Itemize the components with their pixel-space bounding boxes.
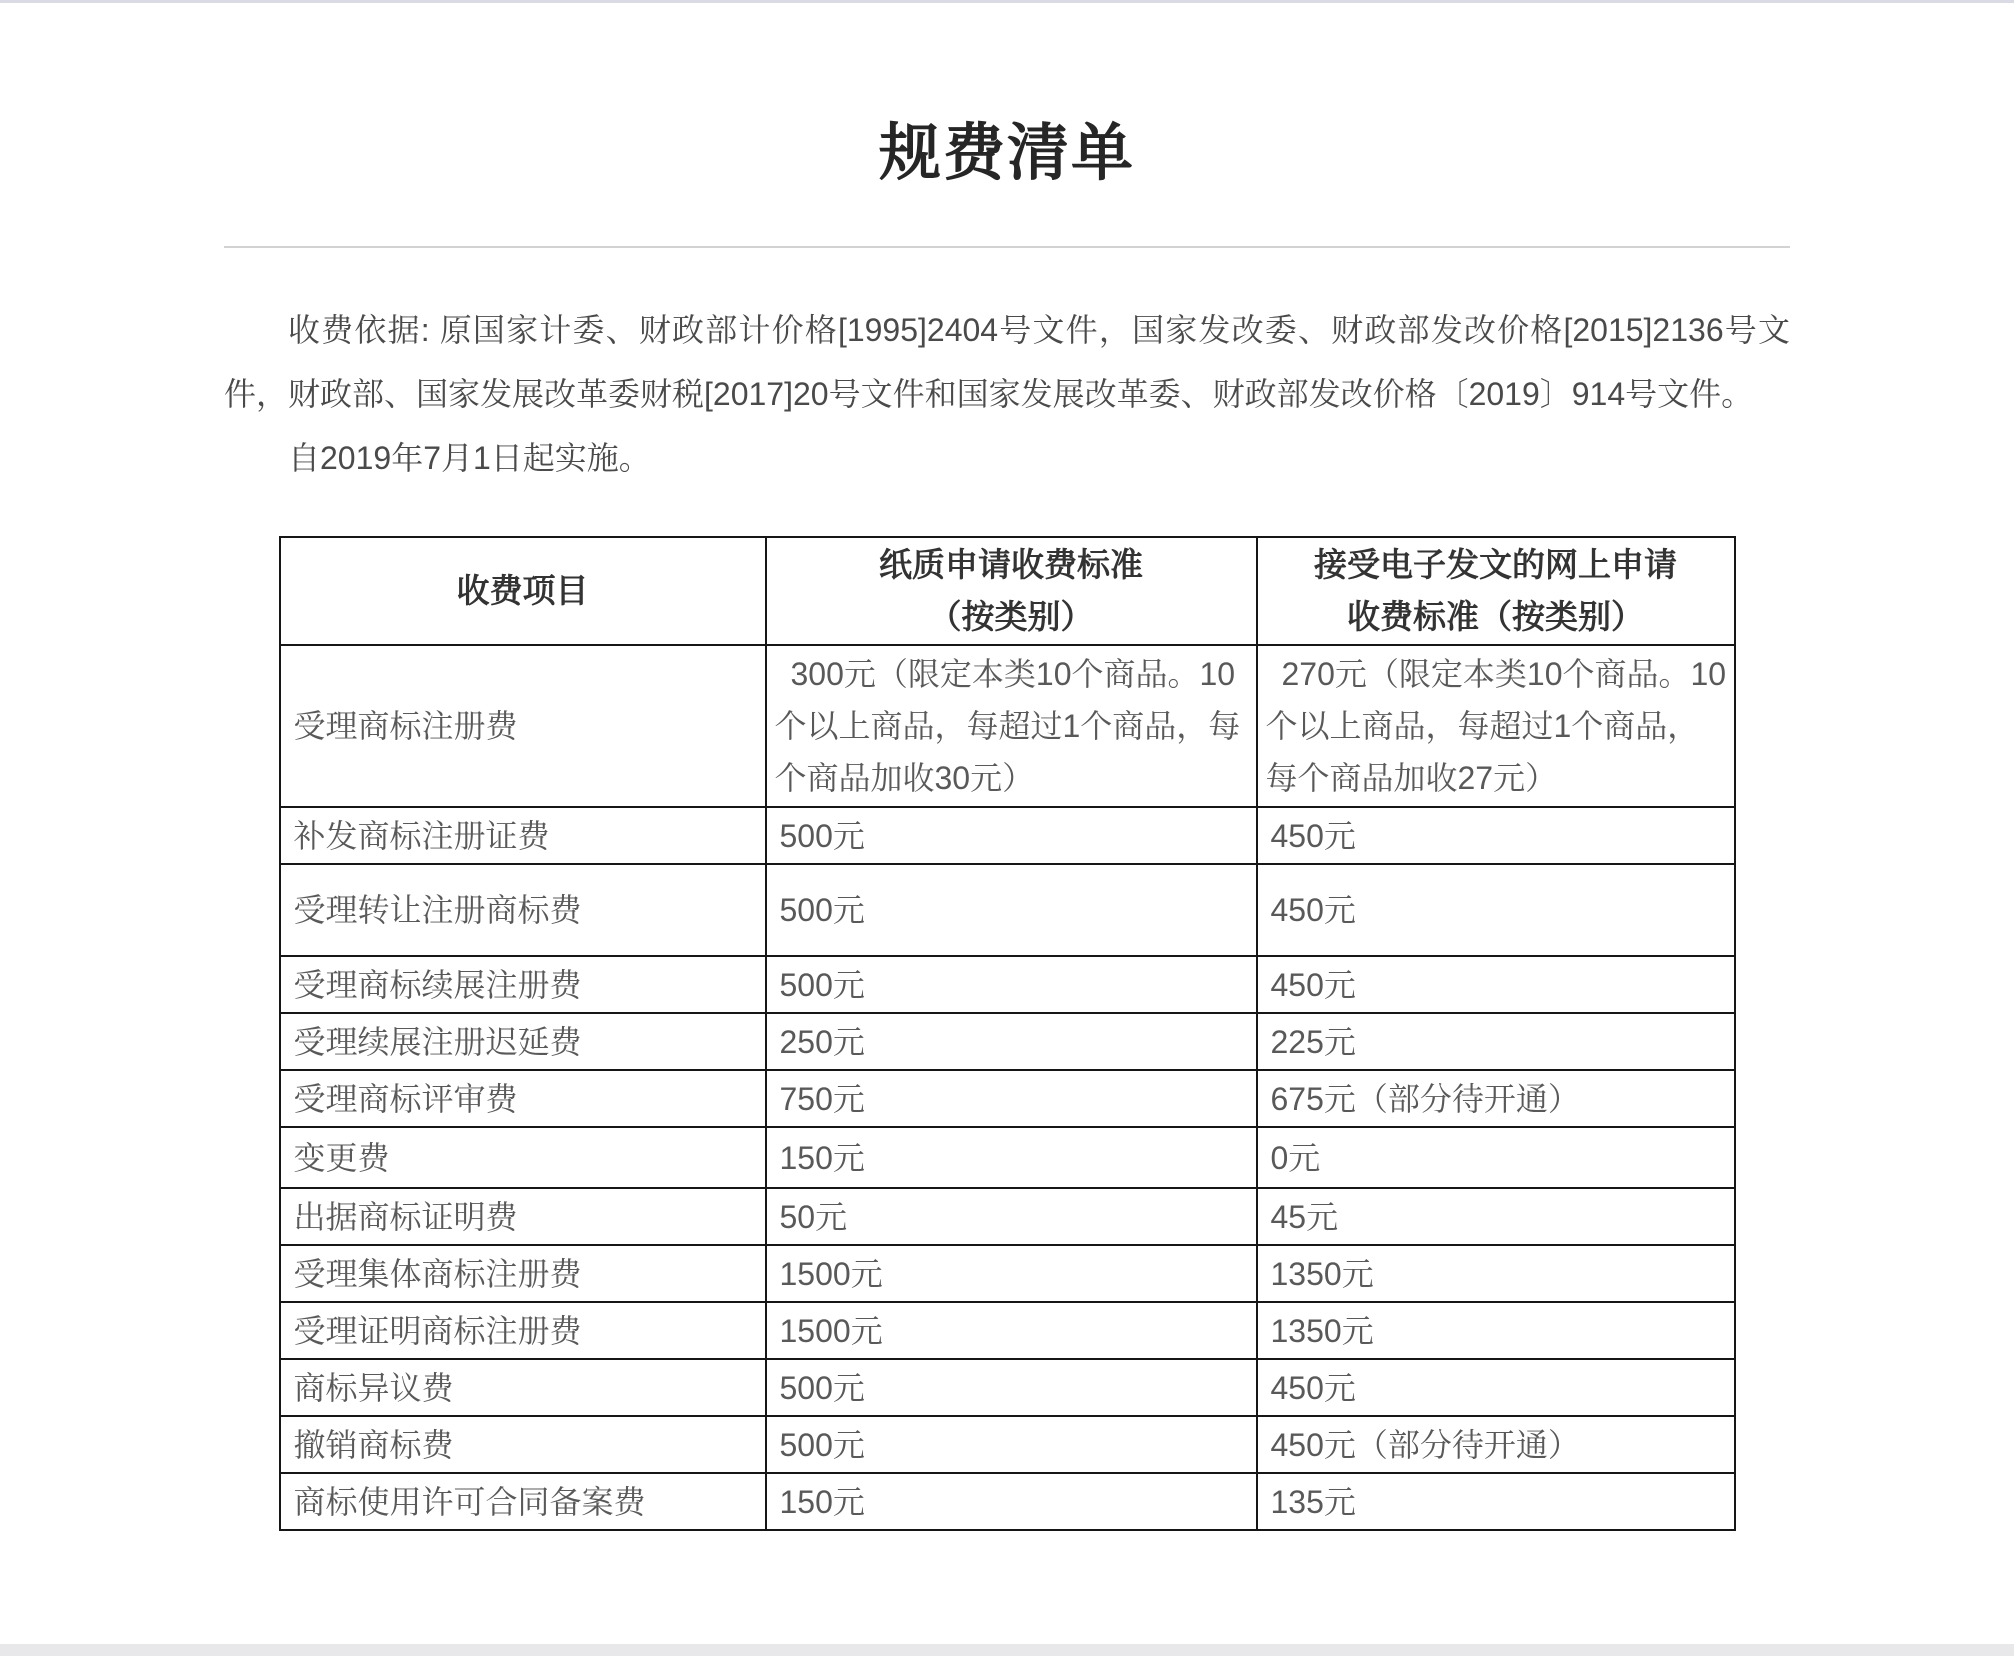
column-header-paper: 纸质申请收费标准 （按类别） [766, 537, 1257, 645]
fees-table-body: 受理商标注册费 300元（限定本类10个商品。10个以上商品，每超过1个商品，每… [280, 645, 1735, 1530]
table-row: 受理集体商标注册费 1500元 1350元 [280, 1245, 1735, 1302]
fee-item-cell: 受理转让注册商标费 [280, 864, 766, 956]
fee-item-cell: 变更费 [280, 1127, 766, 1188]
fee-item-cell: 受理商标注册费 [280, 645, 766, 807]
intro-section: 收费依据: 原国家计委、财政部计价格[1995]2404号文件，国家发改委、财政… [224, 298, 1790, 490]
table-row: 受理商标评审费 750元 675元（部分待开通） [280, 1070, 1735, 1127]
fee-item-cell: 商标使用许可合同备案费 [280, 1473, 766, 1530]
paper-fee-cell: 300元（限定本类10个商品。10个以上商品，每超过1个商品，每个商品加收30元… [766, 645, 1257, 807]
paper-fee-cell: 500元 [766, 864, 1257, 956]
column-header-online: 接受电子发文的网上申请 收费标准（按类别） [1257, 537, 1735, 645]
table-row: 受理商标续展注册费 500元 450元 [280, 956, 1735, 1013]
paper-fee-cell: 1500元 [766, 1302, 1257, 1359]
paper-fee-cell: 750元 [766, 1070, 1257, 1127]
online-fee-cell: 675元（部分待开通） [1257, 1070, 1735, 1127]
online-fee-cell: 450元（部分待开通） [1257, 1416, 1735, 1473]
table-row: 受理转让注册商标费 500元 450元 [280, 864, 1735, 956]
fee-item-cell: 补发商标注册证费 [280, 807, 766, 864]
online-fee-cell: 225元 [1257, 1013, 1735, 1070]
title-divider [224, 246, 1790, 248]
window-top-edge [0, 0, 2014, 3]
paper-fee-cell: 500元 [766, 807, 1257, 864]
fee-item-cell: 受理证明商标注册费 [280, 1302, 766, 1359]
page-bottom-edge [0, 1644, 2014, 1656]
table-row: 商标异议费 500元 450元 [280, 1359, 1735, 1416]
fee-item-cell: 商标异议费 [280, 1359, 766, 1416]
paper-fee-cell: 50元 [766, 1188, 1257, 1245]
table-row: 撤销商标费 500元 450元（部分待开通） [280, 1416, 1735, 1473]
online-fee-cell: 1350元 [1257, 1302, 1735, 1359]
online-fee-cell: 450元 [1257, 864, 1735, 956]
fees-table-header: 收费项目 纸质申请收费标准 （按类别） 接受电子发文的网上申请 收费标准（按类别… [280, 537, 1735, 645]
intro-paragraph-effective: 自2019年7月1日起实施。 [224, 426, 1790, 490]
online-fee-cell: 45元 [1257, 1188, 1735, 1245]
table-row: 出据商标证明费 50元 45元 [280, 1188, 1735, 1245]
table-row: 变更费 150元 0元 [280, 1127, 1735, 1188]
table-row: 商标使用许可合同备案费 150元 135元 [280, 1473, 1735, 1530]
paper-fee-cell: 150元 [766, 1127, 1257, 1188]
online-fee-cell: 450元 [1257, 956, 1735, 1013]
paper-fee-cell: 500元 [766, 1416, 1257, 1473]
fee-item-cell: 出据商标证明费 [280, 1188, 766, 1245]
online-fee-cell: 1350元 [1257, 1245, 1735, 1302]
table-row: 受理续展注册迟延费 250元 225元 [280, 1013, 1735, 1070]
intro-paragraph-source: 收费依据: 原国家计委、财政部计价格[1995]2404号文件，国家发改委、财政… [224, 298, 1790, 426]
document-body: 规费清单 收费依据: 原国家计委、财政部计价格[1995]2404号文件，国家发… [224, 112, 1790, 1531]
page-title: 规费清单 [224, 112, 1790, 196]
table-row: 受理商标注册费 300元（限定本类10个商品。10个以上商品，每超过1个商品，每… [280, 645, 1735, 807]
fees-table: 收费项目 纸质申请收费标准 （按类别） 接受电子发文的网上申请 收费标准（按类别… [279, 536, 1736, 1531]
fee-item-cell: 受理集体商标注册费 [280, 1245, 766, 1302]
paper-fee-cell: 150元 [766, 1473, 1257, 1530]
fee-item-cell: 受理商标续展注册费 [280, 956, 766, 1013]
fee-item-cell: 撤销商标费 [280, 1416, 766, 1473]
fee-item-cell: 受理商标评审费 [280, 1070, 766, 1127]
paper-fee-cell: 1500元 [766, 1245, 1257, 1302]
table-row: 补发商标注册证费 500元 450元 [280, 807, 1735, 864]
fee-item-cell: 受理续展注册迟延费 [280, 1013, 766, 1070]
online-fee-cell: 135元 [1257, 1473, 1735, 1530]
online-fee-cell: 450元 [1257, 1359, 1735, 1416]
online-fee-cell: 0元 [1257, 1127, 1735, 1188]
column-header-item: 收费项目 [280, 537, 766, 645]
online-fee-cell: 270元（限定本类10个商品。10个以上商品，每超过1个商品，每个商品加收27元… [1257, 645, 1735, 807]
paper-fee-cell: 250元 [766, 1013, 1257, 1070]
table-row: 受理证明商标注册费 1500元 1350元 [280, 1302, 1735, 1359]
paper-fee-cell: 500元 [766, 956, 1257, 1013]
header-row: 收费项目 纸质申请收费标准 （按类别） 接受电子发文的网上申请 收费标准（按类别… [280, 537, 1735, 645]
paper-fee-cell: 500元 [766, 1359, 1257, 1416]
online-fee-cell: 450元 [1257, 807, 1735, 864]
